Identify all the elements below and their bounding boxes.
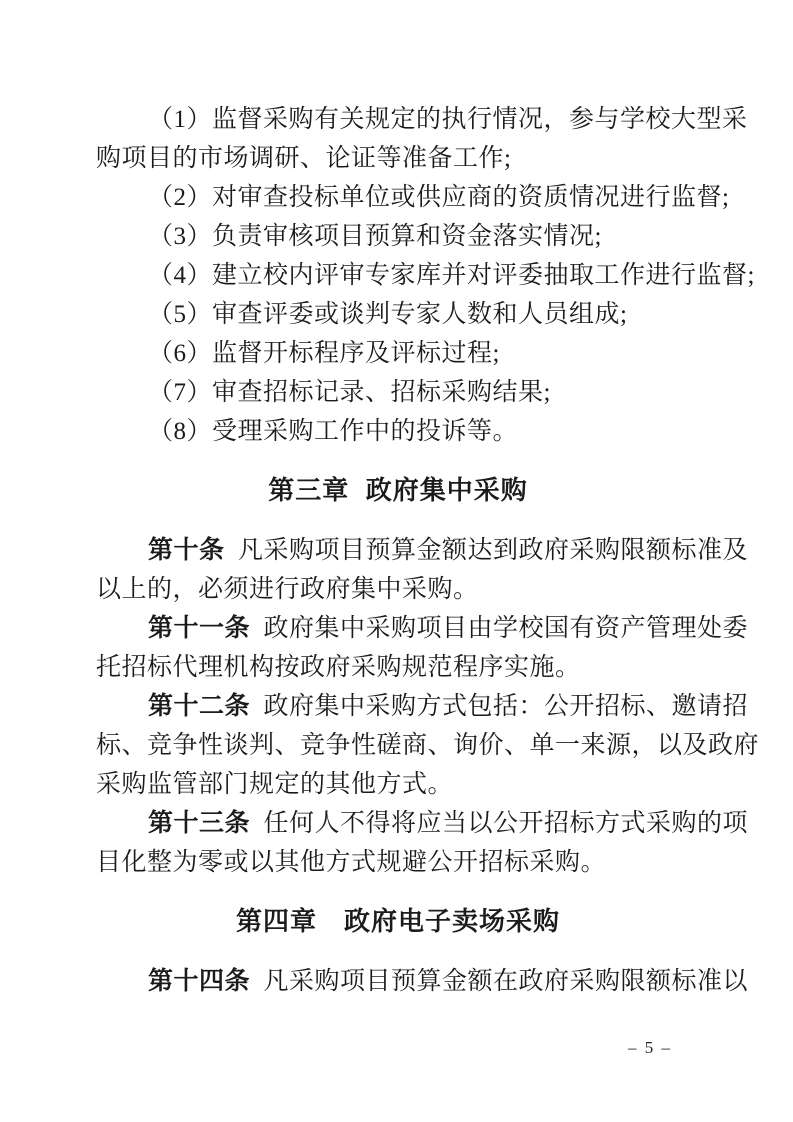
body-text-line: （4）建立校内评审专家库并对评委抽取工作进行监督;: [96, 256, 700, 295]
text-run: 以上的，必须进行政府集中采购。: [96, 576, 479, 603]
text-run: （8）受理采购工作中的投诉等。: [148, 418, 518, 445]
body-text-line: 第十条 凡采购项目预算金额达到政府采购限额标准及: [96, 531, 700, 570]
text-run: 购项目的市场调研、论证等准备工作;: [96, 145, 511, 172]
article-number: 第十四条: [148, 967, 250, 995]
text-run: 标、竞争性谈判、竞争性磋商、询价、单一来源，以及政府: [96, 732, 759, 759]
text-run: （4）建立校内评审专家库并对评委抽取工作进行监督;: [148, 262, 755, 289]
text-run: （2）对审查投标单位或供应商的资质情况进行监督;: [148, 184, 729, 211]
body-text-line: 第十二条 政府集中采购方式包括：公开招标、邀请招: [96, 687, 700, 726]
body-text-line: （7）审查招标记录、招标采购结果;: [96, 373, 700, 412]
body-text-line: （2）对审查投标单位或供应商的资质情况进行监督;: [96, 178, 700, 217]
body-text-line: （6）监督开标程序及评标过程;: [96, 334, 700, 373]
article-number: 第十一条: [148, 614, 250, 642]
body-text-line: 以上的，必须进行政府集中采购。: [96, 570, 700, 609]
body-text-line: 目化整为零或以其他方式规避公开招标采购。: [96, 843, 700, 882]
body-text-line: 第十一条 政府集中采购项目由学校国有资产管理处委: [96, 609, 700, 648]
document-body: （1）监督采购有关规定的执行情况，参与学校大型采购项目的市场调研、论证等准备工作…: [96, 100, 700, 1001]
body-text-line: 购项目的市场调研、论证等准备工作;: [96, 139, 700, 178]
text-run: （7）审查招标记录、招标采购结果;: [148, 379, 551, 406]
body-text-line: 托招标代理机构按政府采购规范程序实施。: [96, 648, 700, 687]
body-text-line: 第十三条 任何人不得将应当以公开招标方式采购的项: [96, 804, 700, 843]
body-text-line: 采购监管部门规定的其他方式。: [96, 765, 700, 804]
page-number: – 5 –: [628, 1038, 672, 1058]
text-run: 任何人不得将应当以公开招标方式采购的项: [250, 810, 748, 837]
chapter-heading: 第三章 政府集中采购: [96, 471, 700, 510]
text-run: （6）监督开标程序及评标过程;: [148, 340, 500, 367]
text-run: 第三章 政府集中采购: [268, 475, 527, 505]
body-text-line: （3）负责审核项目预算和资金落实情况;: [96, 217, 700, 256]
text-run: 政府集中采购项目由学校国有资产管理处委: [250, 615, 748, 642]
article-number: 第十三条: [148, 809, 250, 837]
document-page: （1）监督采购有关规定的执行情况，参与学校大型采购项目的市场调研、论证等准备工作…: [0, 0, 793, 1122]
body-text-line: 第十四条 凡采购项目预算金额在政府采购限额标准以: [96, 962, 700, 1001]
body-text-line: （1）监督采购有关规定的执行情况，参与学校大型采: [96, 100, 700, 139]
text-run: （5）审查评委或谈判专家人数和人员组成;: [148, 301, 627, 328]
text-run: 采购监管部门规定的其他方式。: [96, 771, 453, 798]
body-text-line: 标、竞争性谈判、竞争性磋商、询价、单一来源，以及政府: [96, 726, 700, 765]
chapter-heading: 第四章 政府电子卖场采购: [96, 902, 700, 941]
text-run: （1）监督采购有关规定的执行情况，参与学校大型采: [148, 106, 748, 133]
text-run: 政府集中采购方式包括：公开招标、邀请招: [250, 693, 748, 720]
text-run: （3）负责审核项目预算和资金落实情况;: [148, 223, 602, 250]
text-run: 凡采购项目预算金额达到政府采购限额标准及: [225, 537, 749, 564]
text-run: 第四章 政府电子卖场采购: [236, 906, 560, 936]
article-number: 第十二条: [148, 692, 250, 720]
text-run: 托招标代理机构按政府采购规范程序实施。: [96, 654, 581, 681]
body-text-line: （8）受理采购工作中的投诉等。: [96, 412, 700, 451]
body-text-line: （5）审查评委或谈判专家人数和人员组成;: [96, 295, 700, 334]
text-run: 凡采购项目预算金额在政府采购限额标准以: [250, 968, 748, 995]
article-number: 第十条: [148, 536, 225, 564]
text-run: 目化整为零或以其他方式规避公开招标采购。: [96, 849, 606, 876]
